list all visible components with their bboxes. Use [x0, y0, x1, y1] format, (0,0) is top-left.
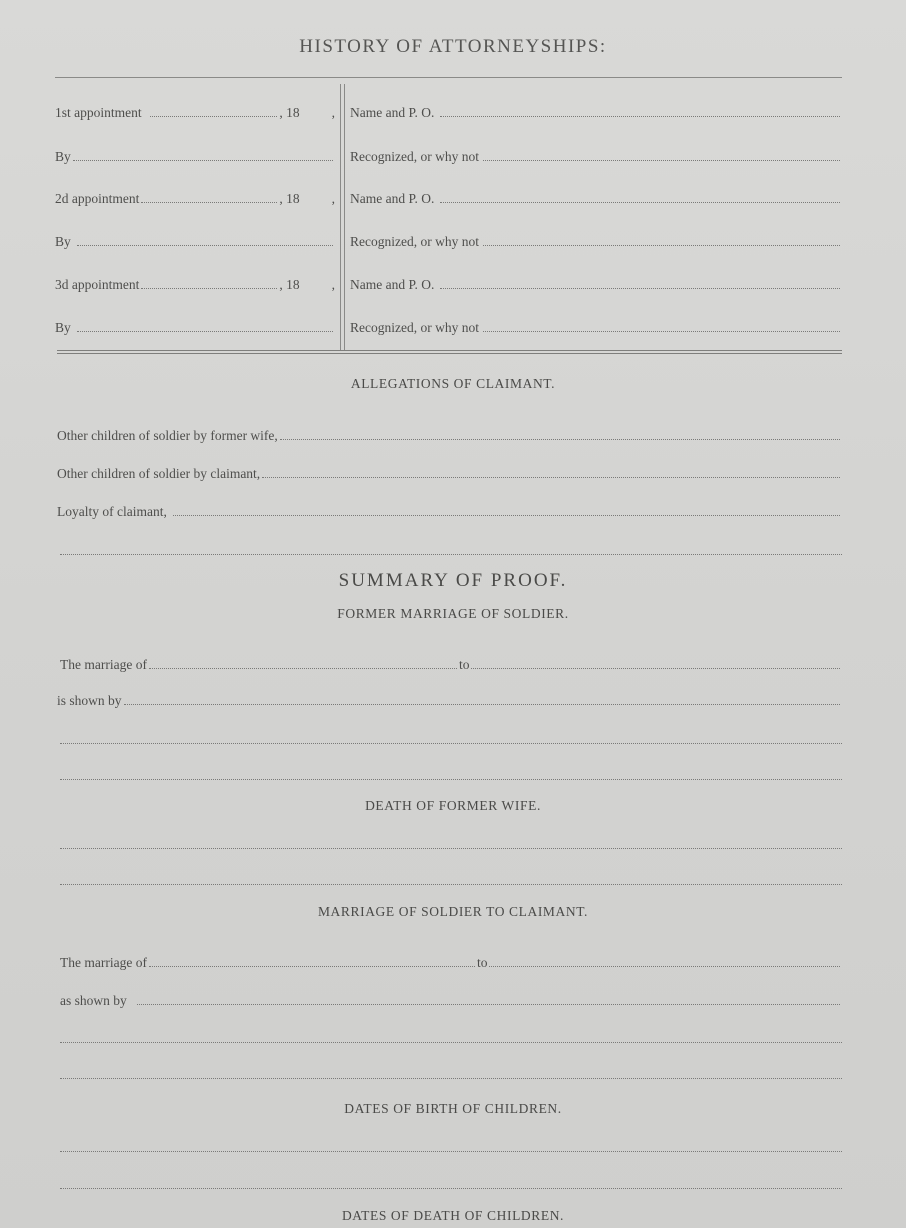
dates-death-heading: DATES OF DEATH OF CHILDREN. — [0, 1208, 906, 1224]
recognized-label: Recognized, or why not — [350, 320, 479, 336]
first-appointment-field: 1st appointment , 18 , — [55, 105, 335, 121]
third-appointment-date-blank[interactable] — [141, 278, 277, 289]
second-name-po-field: Name and P. O. — [350, 191, 842, 207]
claimant-shown-by-blank[interactable] — [137, 994, 840, 1005]
former-marriage-party2-blank[interactable] — [471, 658, 840, 669]
first-by-field: By — [55, 149, 335, 165]
third-by-blank[interactable] — [77, 321, 333, 332]
top-rule — [55, 77, 842, 78]
claimant-shown-by-field: as shown by — [60, 993, 842, 1009]
death-former-wife-heading: DEATH OF FORMER WIFE. — [0, 798, 906, 814]
claimant-marriage-party1-blank[interactable] — [149, 956, 475, 967]
recognized-label: Recognized, or why not — [350, 149, 479, 165]
claimant-marriage-extra-blank-2[interactable] — [60, 1078, 842, 1079]
third-appointment-field: 3d appointment , 18 , — [55, 277, 335, 293]
by-label: By — [55, 320, 71, 336]
first-by-blank[interactable] — [73, 150, 333, 161]
loyalty-field: Loyalty of claimant, — [57, 504, 842, 520]
second-name-po-blank[interactable] — [440, 192, 840, 203]
name-po-label: Name and P. O. — [350, 191, 434, 207]
shown-by-label: as shown by — [60, 993, 127, 1009]
second-by-field: By — [55, 234, 335, 250]
marriage-to-claimant-heading: MARRIAGE OF SOLDIER TO CLAIMANT. — [0, 904, 906, 920]
by-label: By — [55, 234, 71, 250]
comma: , — [332, 277, 335, 293]
loyalty-blank[interactable] — [173, 505, 840, 516]
former-marriage-extra-blank-2[interactable] — [60, 779, 842, 780]
third-appointment-year: , 18 — [279, 277, 299, 293]
death-former-wife-blank-1[interactable] — [60, 848, 842, 849]
first-appointment-year: , 18 — [279, 105, 299, 121]
to-label: to — [459, 657, 470, 673]
form-page: HISTORY OF ATTORNEYSHIPS: 1st appointmen… — [0, 0, 906, 1228]
comma: , — [332, 191, 335, 207]
former-marriage-field: The marriage of to — [60, 657, 842, 673]
second-recognized-field: Recognized, or why not — [350, 234, 842, 250]
allegation-former-wife-field: Other children of soldier by former wife… — [57, 428, 842, 444]
history-of-attorneyships-title: HISTORY OF ATTORNEYSHIPS: — [0, 36, 906, 58]
to-label: to — [477, 955, 488, 971]
allegation-former-wife-label: Other children of soldier by former wife… — [57, 428, 278, 444]
second-appointment-label: 2d appointment — [55, 191, 139, 207]
third-recognized-blank[interactable] — [483, 321, 840, 332]
by-label: By — [55, 149, 71, 165]
former-marriage-heading: FORMER MARRIAGE OF SOLDIER. — [0, 606, 906, 622]
first-appointment-label: 1st appointment — [55, 105, 142, 121]
claimant-marriage-extra-blank-1[interactable] — [60, 1042, 842, 1043]
name-po-label: Name and P. O. — [350, 277, 434, 293]
shown-by-label: is shown by — [57, 693, 122, 709]
former-marriage-extra-blank-1[interactable] — [60, 743, 842, 744]
dates-birth-blank-2[interactable] — [60, 1188, 842, 1189]
loyalty-label: Loyalty of claimant, — [57, 504, 167, 520]
allegation-by-claimant-blank[interactable] — [262, 467, 840, 478]
allegation-by-claimant-label: Other children of soldier by claimant, — [57, 466, 260, 482]
claimant-marriage-field: The marriage of to — [60, 955, 842, 971]
column-divider — [340, 84, 345, 350]
second-appointment-field: 2d appointment , 18 , — [55, 191, 335, 207]
second-appointment-year: , 18 — [279, 191, 299, 207]
summary-of-proof-heading: SUMMARY OF PROOF. — [0, 570, 906, 592]
dates-birth-heading: DATES OF BIRTH OF CHILDREN. — [0, 1101, 906, 1117]
second-appointment-date-blank[interactable] — [141, 192, 277, 203]
second-recognized-blank[interactable] — [483, 235, 840, 246]
second-by-blank[interactable] — [77, 235, 333, 246]
death-former-wife-blank-2[interactable] — [60, 884, 842, 885]
double-rule — [57, 350, 842, 354]
third-by-field: By — [55, 320, 335, 336]
former-marriage-party1-blank[interactable] — [149, 658, 457, 669]
third-name-po-field: Name and P. O. — [350, 277, 842, 293]
comma: , — [332, 105, 335, 121]
allegation-by-claimant-field: Other children of soldier by claimant, — [57, 466, 842, 482]
claimant-marriage-party2-blank[interactable] — [489, 956, 840, 967]
marriage-of-label: The marriage of — [60, 955, 147, 971]
third-name-po-blank[interactable] — [440, 278, 840, 289]
former-shown-by-blank[interactable] — [124, 694, 840, 705]
allegation-extra-blank[interactable] — [60, 554, 842, 555]
recognized-label: Recognized, or why not — [350, 234, 479, 250]
first-recognized-field: Recognized, or why not — [350, 149, 842, 165]
first-name-po-field: Name and P. O. — [350, 105, 842, 121]
marriage-of-label: The marriage of — [60, 657, 147, 673]
first-appointment-date-blank[interactable] — [150, 106, 278, 117]
name-po-label: Name and P. O. — [350, 105, 434, 121]
first-recognized-blank[interactable] — [483, 150, 840, 161]
allegations-heading: ALLEGATIONS OF CLAIMANT. — [0, 376, 906, 392]
former-shown-by-field: is shown by — [57, 693, 842, 709]
third-appointment-label: 3d appointment — [55, 277, 139, 293]
dates-birth-blank-1[interactable] — [60, 1151, 842, 1152]
third-recognized-field: Recognized, or why not — [350, 320, 842, 336]
allegation-former-wife-blank[interactable] — [280, 429, 840, 440]
first-name-po-blank[interactable] — [440, 106, 840, 117]
